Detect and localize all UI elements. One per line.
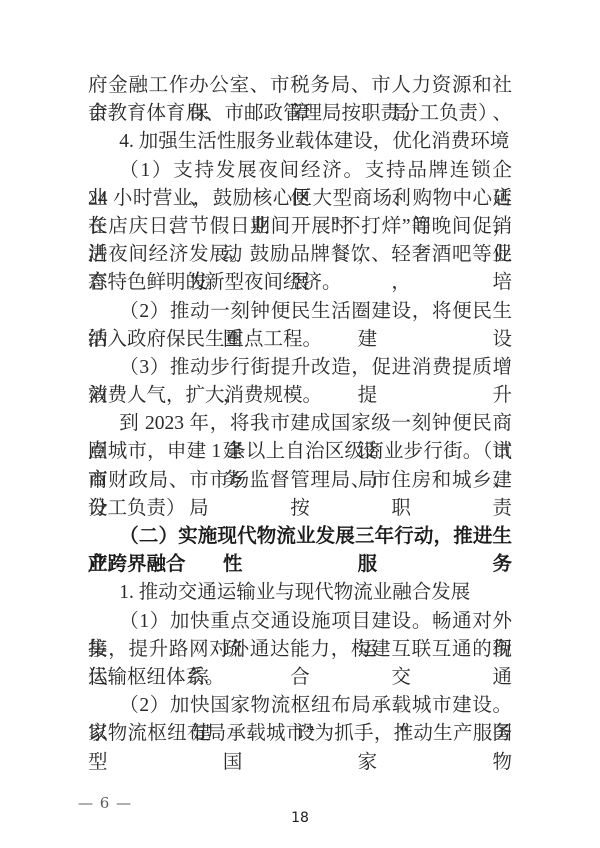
text-line: （二）实施现代物流业发展三年行动，推进生产性服务 <box>88 523 512 551</box>
text-line: 到 2023 年，将我市建成国家级一刻钟便民商圈建设试 <box>88 410 512 438</box>
text-line: （1）支持发展夜间经济。支持品牌连锁企业、便利店 <box>88 157 512 185</box>
text-line: （2）加快国家物流枢纽布局承载城市建设。以建设“国 <box>88 692 512 720</box>
text-line: 府金融工作办公室、市税务局、市人力资源和社会保障局、 <box>88 72 512 100</box>
text-line: 进夜间经济发展。鼓励品牌餐饮、轻奢酒吧等业态发展，培 <box>88 241 512 269</box>
text-line: 在店庆日、节假日期间开展“不打烊”等晚间促销活动，促 <box>88 213 512 241</box>
text-line: （2）推动一刻钟便民生活圈建设，将便民生活圈建设 <box>88 298 512 326</box>
text-line: （3）推动步行街提升改造，促进消费提质增效，提升 <box>88 354 512 382</box>
text-line: 家物流枢纽布局承载城市”为抓手，推动生产服务型国家物 <box>88 720 512 748</box>
text-line: 点城市，申建 1 条以上自治区级商业步行街。（市商务局、 <box>88 438 512 466</box>
text-line: 1. 推动交通运输业与现代物流业融合发展 <box>88 579 512 607</box>
text-line: （1）加快重点交通设施项目建设。畅通对外集疏运衔 <box>88 608 512 636</box>
text-line: 4. 加强生活性服务业载体建设，优化消费环境 <box>88 128 512 156</box>
text-line: 24 小时营业，鼓励核心区大型商场、购物中心延长营业时间， <box>88 185 512 213</box>
text-line: 市教育体育局、市邮政管理局按职责分工负责） <box>88 100 512 128</box>
text-line: 市财政局、市市场监督管理局、市住房和城乡建设局按职责 <box>88 467 512 495</box>
page-number: 18 <box>0 810 600 826</box>
text-block: 府金融工作办公室、市税务局、市人力资源和社会保障局、市教育体育局、市邮政管理局按… <box>88 72 512 749</box>
document-page: 府金融工作办公室、市税务局、市人力资源和社会保障局、市教育体育局、市邮政管理局按… <box>0 0 600 848</box>
text-line: 接，提升路网对外通达能力，构建互联互通的现代综合交通 <box>88 636 512 664</box>
